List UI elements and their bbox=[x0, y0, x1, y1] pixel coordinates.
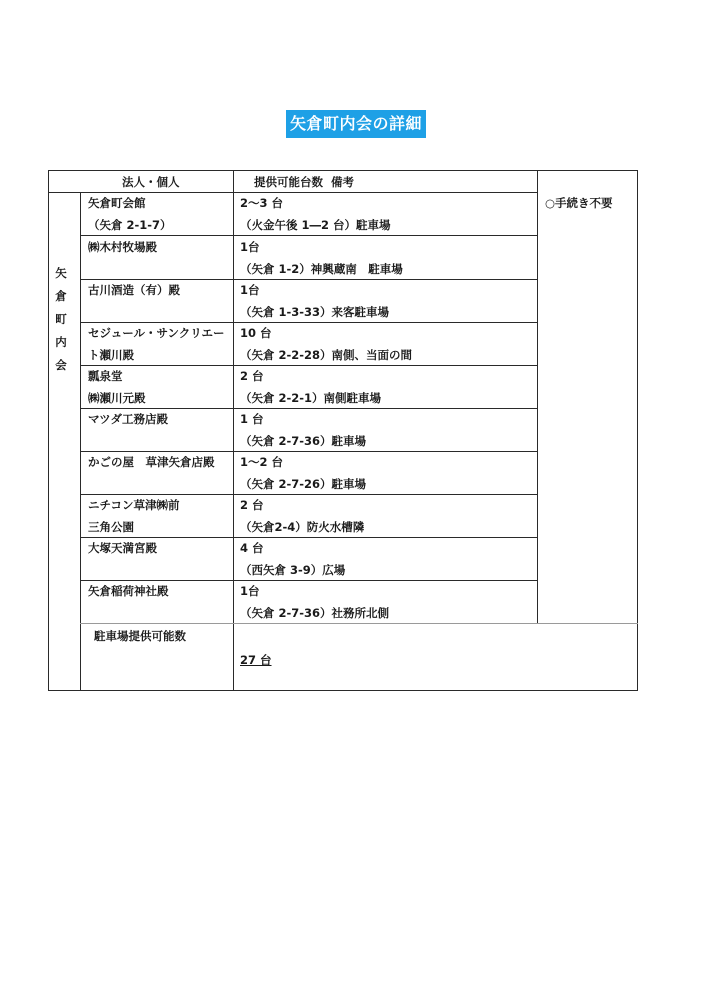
table-border-top bbox=[48, 170, 538, 171]
row-name-line1: 大塚天満宮殿 bbox=[88, 541, 157, 555]
row-divider bbox=[80, 365, 537, 366]
row-divider bbox=[80, 580, 537, 581]
row-name-line1: かごの屋 草津矢倉店殿 bbox=[88, 455, 215, 469]
header-divider bbox=[48, 192, 537, 193]
total-label: 駐車場提供可能数 bbox=[94, 629, 186, 643]
row-name-line2: 三角公園 bbox=[88, 520, 134, 534]
row-count: 1～2 台 bbox=[240, 455, 283, 469]
total-value: 27 台 bbox=[240, 653, 272, 667]
row-detail: （矢倉2-4）防火水槽隣 bbox=[240, 520, 364, 534]
row-divider bbox=[80, 494, 537, 495]
header-org: 法人・個人 bbox=[122, 175, 180, 189]
table-border-top-note bbox=[537, 170, 638, 171]
row-count: 4 台 bbox=[240, 541, 264, 555]
row-divider bbox=[80, 235, 537, 236]
note-procedure-not-required: ○手続き不要 bbox=[545, 196, 613, 210]
row-count: 1 台 bbox=[240, 412, 264, 426]
col-divider-note bbox=[537, 170, 538, 623]
table-border-bottom bbox=[48, 690, 638, 691]
header-spaces: 提供可能台数 備考 bbox=[254, 175, 354, 189]
col-divider-group bbox=[80, 192, 81, 690]
table-border-left bbox=[48, 170, 49, 690]
row-name-line1: マツダ工務店殿 bbox=[88, 412, 168, 426]
row-count: 1台 bbox=[240, 240, 260, 254]
row-divider bbox=[80, 279, 537, 280]
total-row-divider bbox=[80, 623, 638, 624]
row-name-line2: （矢倉 2-1-7） bbox=[88, 218, 172, 232]
row-count: 1台 bbox=[240, 283, 260, 297]
row-name-line2: ㈱瀬川元殿 bbox=[88, 391, 146, 405]
row-detail: （矢倉 2-2-1）南側駐車場 bbox=[240, 391, 381, 405]
row-name-line1: ㈱木村牧場殿 bbox=[88, 240, 157, 254]
row-detail: （西矢倉 3-9）広場 bbox=[240, 563, 345, 577]
row-detail: （矢倉 1-2）神興蔵南 駐車場 bbox=[240, 262, 403, 276]
row-detail: （矢倉 2-7-36）駐車場 bbox=[240, 434, 366, 448]
row-count: 2 台 bbox=[240, 369, 264, 383]
row-name-line1: 古川酒造（有）殿 bbox=[88, 283, 180, 297]
row-count: 10 台 bbox=[240, 326, 272, 340]
row-detail: （矢倉 2-7-36）社務所北側 bbox=[240, 606, 389, 620]
row-count: 1台 bbox=[240, 584, 260, 598]
row-name-line1: 矢倉稲荷神社殿 bbox=[88, 584, 169, 598]
table-border-right bbox=[637, 170, 638, 690]
row-detail: （矢倉 2-2-28）南側、当面の間 bbox=[240, 348, 412, 362]
row-name-line1: セジュール・サンクリエー bbox=[88, 326, 225, 340]
row-divider bbox=[80, 408, 537, 409]
row-divider bbox=[80, 537, 537, 538]
row-name-line2: ト瀬川殿 bbox=[88, 348, 134, 362]
group-label-vertical: 矢 倉 町 内 会 bbox=[54, 262, 68, 377]
row-name-line1: 瓢泉堂 bbox=[88, 369, 123, 383]
row-detail: （火金午後 1―2 台）駐車場 bbox=[240, 218, 391, 232]
row-detail: （矢倉 2-7-26）駐車場 bbox=[240, 477, 366, 491]
row-detail: （矢倉 1-3-33）来客駐車場 bbox=[240, 305, 389, 319]
page-title: 矢倉町内会の詳細 bbox=[286, 110, 426, 138]
row-divider bbox=[80, 322, 537, 323]
row-name-line1: 矢倉町会館 bbox=[88, 196, 146, 210]
col-divider-spaces bbox=[233, 170, 234, 690]
row-count: 2 台 bbox=[240, 498, 264, 512]
row-name-line1: ニチコン草津㈱前 bbox=[88, 498, 180, 512]
row-count: 2～3 台 bbox=[240, 196, 283, 210]
row-divider bbox=[80, 451, 537, 452]
